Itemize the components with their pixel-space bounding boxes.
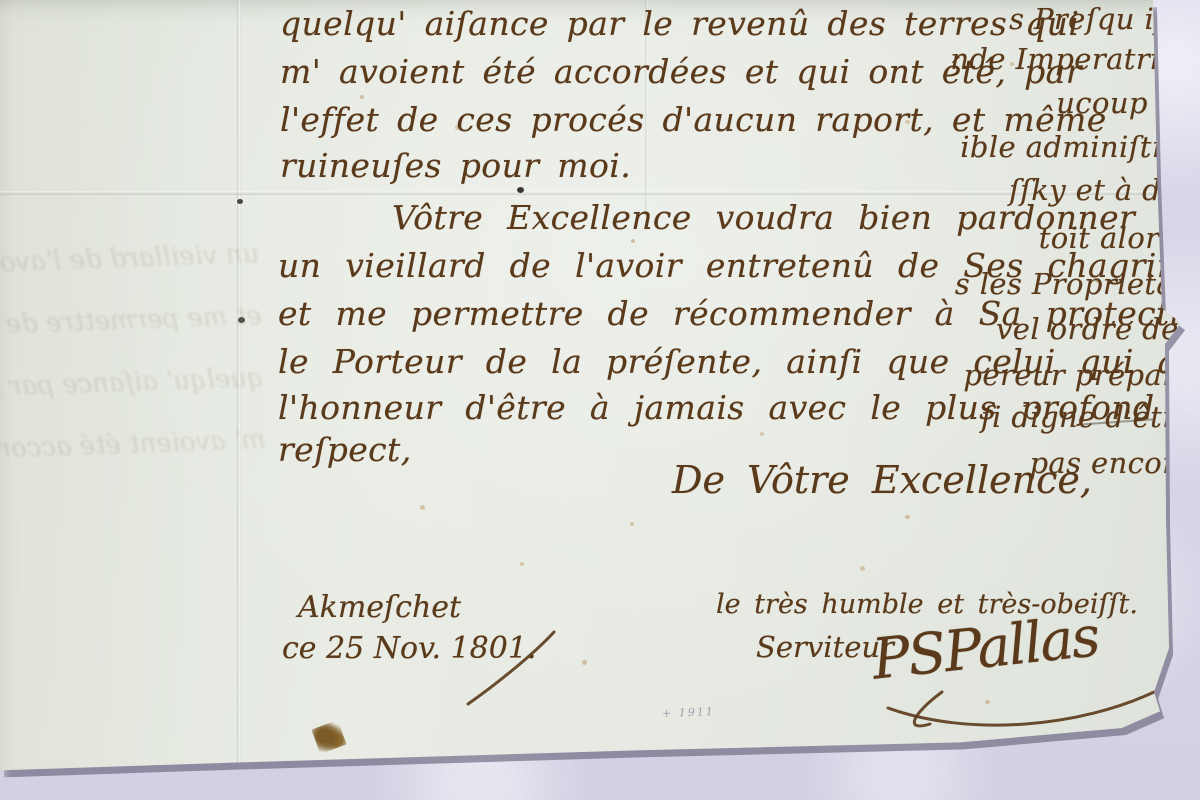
letter-line: un vieillard de l'avoir entretenû de Ses… <box>278 246 1200 285</box>
ghost-line: un vieillard de l'avoir entretenû de Ses… <box>0 223 260 295</box>
letter-line: Vôtre Excellence voudra bien pardonner à <box>392 198 1179 237</box>
letter-line: l'honneur d'être à jamais avec le plus p… <box>278 388 1154 427</box>
valediction: De Vôtre Excellence, <box>672 458 1092 502</box>
horizontal-fold-crease <box>0 191 1163 195</box>
fold-speck <box>237 199 243 204</box>
foxing-speck <box>420 505 425 510</box>
foxing-speck <box>760 432 764 436</box>
letter-line: le Porteur de la préſente, ainſi que cel… <box>278 342 1178 381</box>
foxing-speck <box>630 522 634 526</box>
letter-line: quelqu' aiſance par le revenû des terres… <box>280 4 1079 43</box>
pencil-annotation: + 1911 <box>662 705 715 720</box>
ghost-line: m' avoient été accordées et qui ont été,… <box>0 409 267 481</box>
letter-line: m' avoient été accordées et qui ont été,… <box>280 52 1082 91</box>
foxing-speck <box>582 660 587 665</box>
letter-line: reſpect, <box>278 430 412 469</box>
foxing-speck <box>905 515 910 519</box>
letter-line: et me permettre de récommender à Sa prot… <box>278 294 1200 333</box>
letter-paper: un vieillard de l'avoir entretenû de Ses… <box>0 0 1200 800</box>
photo-stage: un vieillard de l'avoir entretenû de Ses… <box>0 0 1200 800</box>
date-slash-flourish <box>462 626 562 711</box>
dateline-place: Akmeſchet <box>298 590 461 625</box>
letter-line: l'effet de ces procés d'aucun raport, et… <box>280 100 1107 139</box>
ink-speck <box>517 187 524 193</box>
foxing-speck <box>631 239 635 243</box>
letter-line: ruineuſes pour moi. <box>280 146 631 185</box>
ghost-line: quelqu' aiſance par le revenû des terres… <box>0 347 265 419</box>
ink-showthrough: un vieillard de l'avoir entretenû de Ses… <box>0 223 274 673</box>
foxing-speck <box>860 566 865 571</box>
foxing-speck <box>360 95 364 99</box>
foxing-speck <box>520 562 524 566</box>
ghost-line: et me permettre de récommender à Sa prot… <box>0 285 263 357</box>
ink-blot <box>311 720 346 754</box>
